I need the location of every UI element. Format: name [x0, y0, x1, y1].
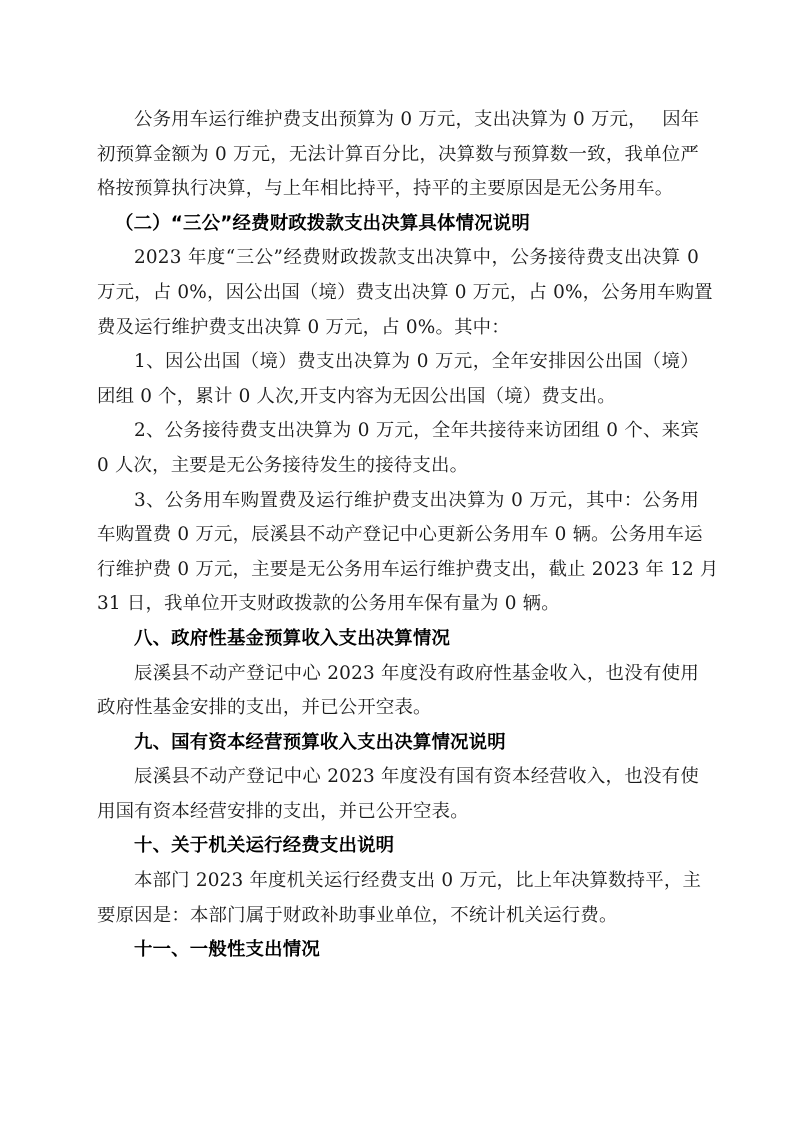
document-page: 公务用车运行维护费支出预算为 0 万元，支出决算为 0 万元， 因年 初预算金额…: [0, 0, 793, 1122]
paragraph-three-public-summary: 2023 年度“三公”经费财政拨款支出决算中，公务接待费支出决算 0 万元，占 …: [97, 241, 699, 345]
paragraph-item-3-vehicles: 3、公务用车购置费及运行维护费支出决算为 0 万元，其中：公务用 车购置费 0 …: [97, 484, 699, 622]
section-heading-8: 八、政府性基金预算收入支出决算情况: [97, 622, 699, 657]
text-line: 车购置费 0 万元，辰溪县不动产登记中心更新公务用车 0 辆。公务用车运: [97, 518, 699, 553]
text-line: 用国有资本经营安排的支出，并已公开空表。: [97, 795, 699, 830]
text-line: 辰溪县不动产登记中心 2023 年度没有国有资本经营收入，也没有使: [97, 760, 699, 795]
text-line: 团组 0 个，累计 0 人次,开支内容为无因公出国（境）费支出。: [97, 380, 699, 415]
text-line: 2023 年度“三公”经费财政拨款支出决算中，公务接待费支出决算 0: [97, 241, 699, 276]
text-line: 政府性基金安排的支出，并已公开空表。: [97, 691, 699, 726]
section-heading-9: 九、国有资本经营预算收入支出决算情况说明: [97, 726, 699, 761]
text-line: 格按预算执行决算，与上年相比持平，持平的主要原因是无公务用车。: [97, 172, 699, 207]
text-line: 公务用车运行维护费支出预算为 0 万元，支出决算为 0 万元， 因年: [97, 103, 699, 138]
text-line: 本部门 2023 年度机关运行经费支出 0 万元，比上年决算数持平，主: [97, 864, 699, 899]
text-line: 行维护费 0 万元，主要是无公务用车运行维护费支出，截止 2023 年 12 月: [97, 553, 699, 588]
paragraph-government-fund: 辰溪县不动产登记中心 2023 年度没有政府性基金收入，也没有使用 政府性基金安…: [97, 657, 699, 726]
text-line: 31 日，我单位开支财政拨款的公务用车保有量为 0 辆。: [97, 587, 699, 622]
paragraph-operating-expenses: 本部门 2023 年度机关运行经费支出 0 万元，比上年决算数持平，主 要原因是…: [97, 864, 699, 933]
text-line: 3、公务用车购置费及运行维护费支出决算为 0 万元，其中：公务用: [97, 484, 699, 519]
paragraph-item-1-overseas: 1、因公出国（境）费支出决算为 0 万元，全年安排因公出国（境） 团组 0 个，…: [97, 345, 699, 414]
subheading-three-public-expenses: （二）“三公”经费财政拨款支出决算具体情况说明: [97, 207, 699, 242]
section-heading-11: 十一、一般性支出情况: [97, 933, 699, 968]
text-line: 初预算金额为 0 万元，无法计算百分比，决算数与预算数一致，我单位严: [97, 138, 699, 173]
text-line: 要原因是：本部门属于财政补助事业单位，不统计机关运行费。: [97, 899, 699, 934]
document-body: 公务用车运行维护费支出预算为 0 万元，支出决算为 0 万元， 因年 初预算金额…: [97, 103, 699, 968]
text-line: 0 人次，主要是无公务接待发生的接待支出。: [97, 449, 699, 484]
paragraph-item-2-reception: 2、公务接待费支出决算为 0 万元，全年共接待来访团组 0 个、来宾 0 人次，…: [97, 414, 699, 483]
paragraph-state-capital: 辰溪县不动产登记中心 2023 年度没有国有资本经营收入，也没有使 用国有资本经…: [97, 760, 699, 829]
text-line: 辰溪县不动产登记中心 2023 年度没有政府性基金收入，也没有使用: [97, 657, 699, 692]
paragraph-vehicle-maintenance: 公务用车运行维护费支出预算为 0 万元，支出决算为 0 万元， 因年 初预算金额…: [97, 103, 699, 207]
section-heading-10: 十、关于机关运行经费支出说明: [97, 829, 699, 864]
text-line: 1、因公出国（境）费支出决算为 0 万元，全年安排因公出国（境）: [97, 345, 699, 380]
text-line: 费及运行维护费支出决算 0 万元，占 0%。其中：: [97, 311, 699, 346]
text-line: 2、公务接待费支出决算为 0 万元，全年共接待来访团组 0 个、来宾: [97, 414, 699, 449]
text-line: 万元，占 0%，因公出国（境）费支出决算 0 万元，占 0%，公务用车购置: [97, 276, 699, 311]
